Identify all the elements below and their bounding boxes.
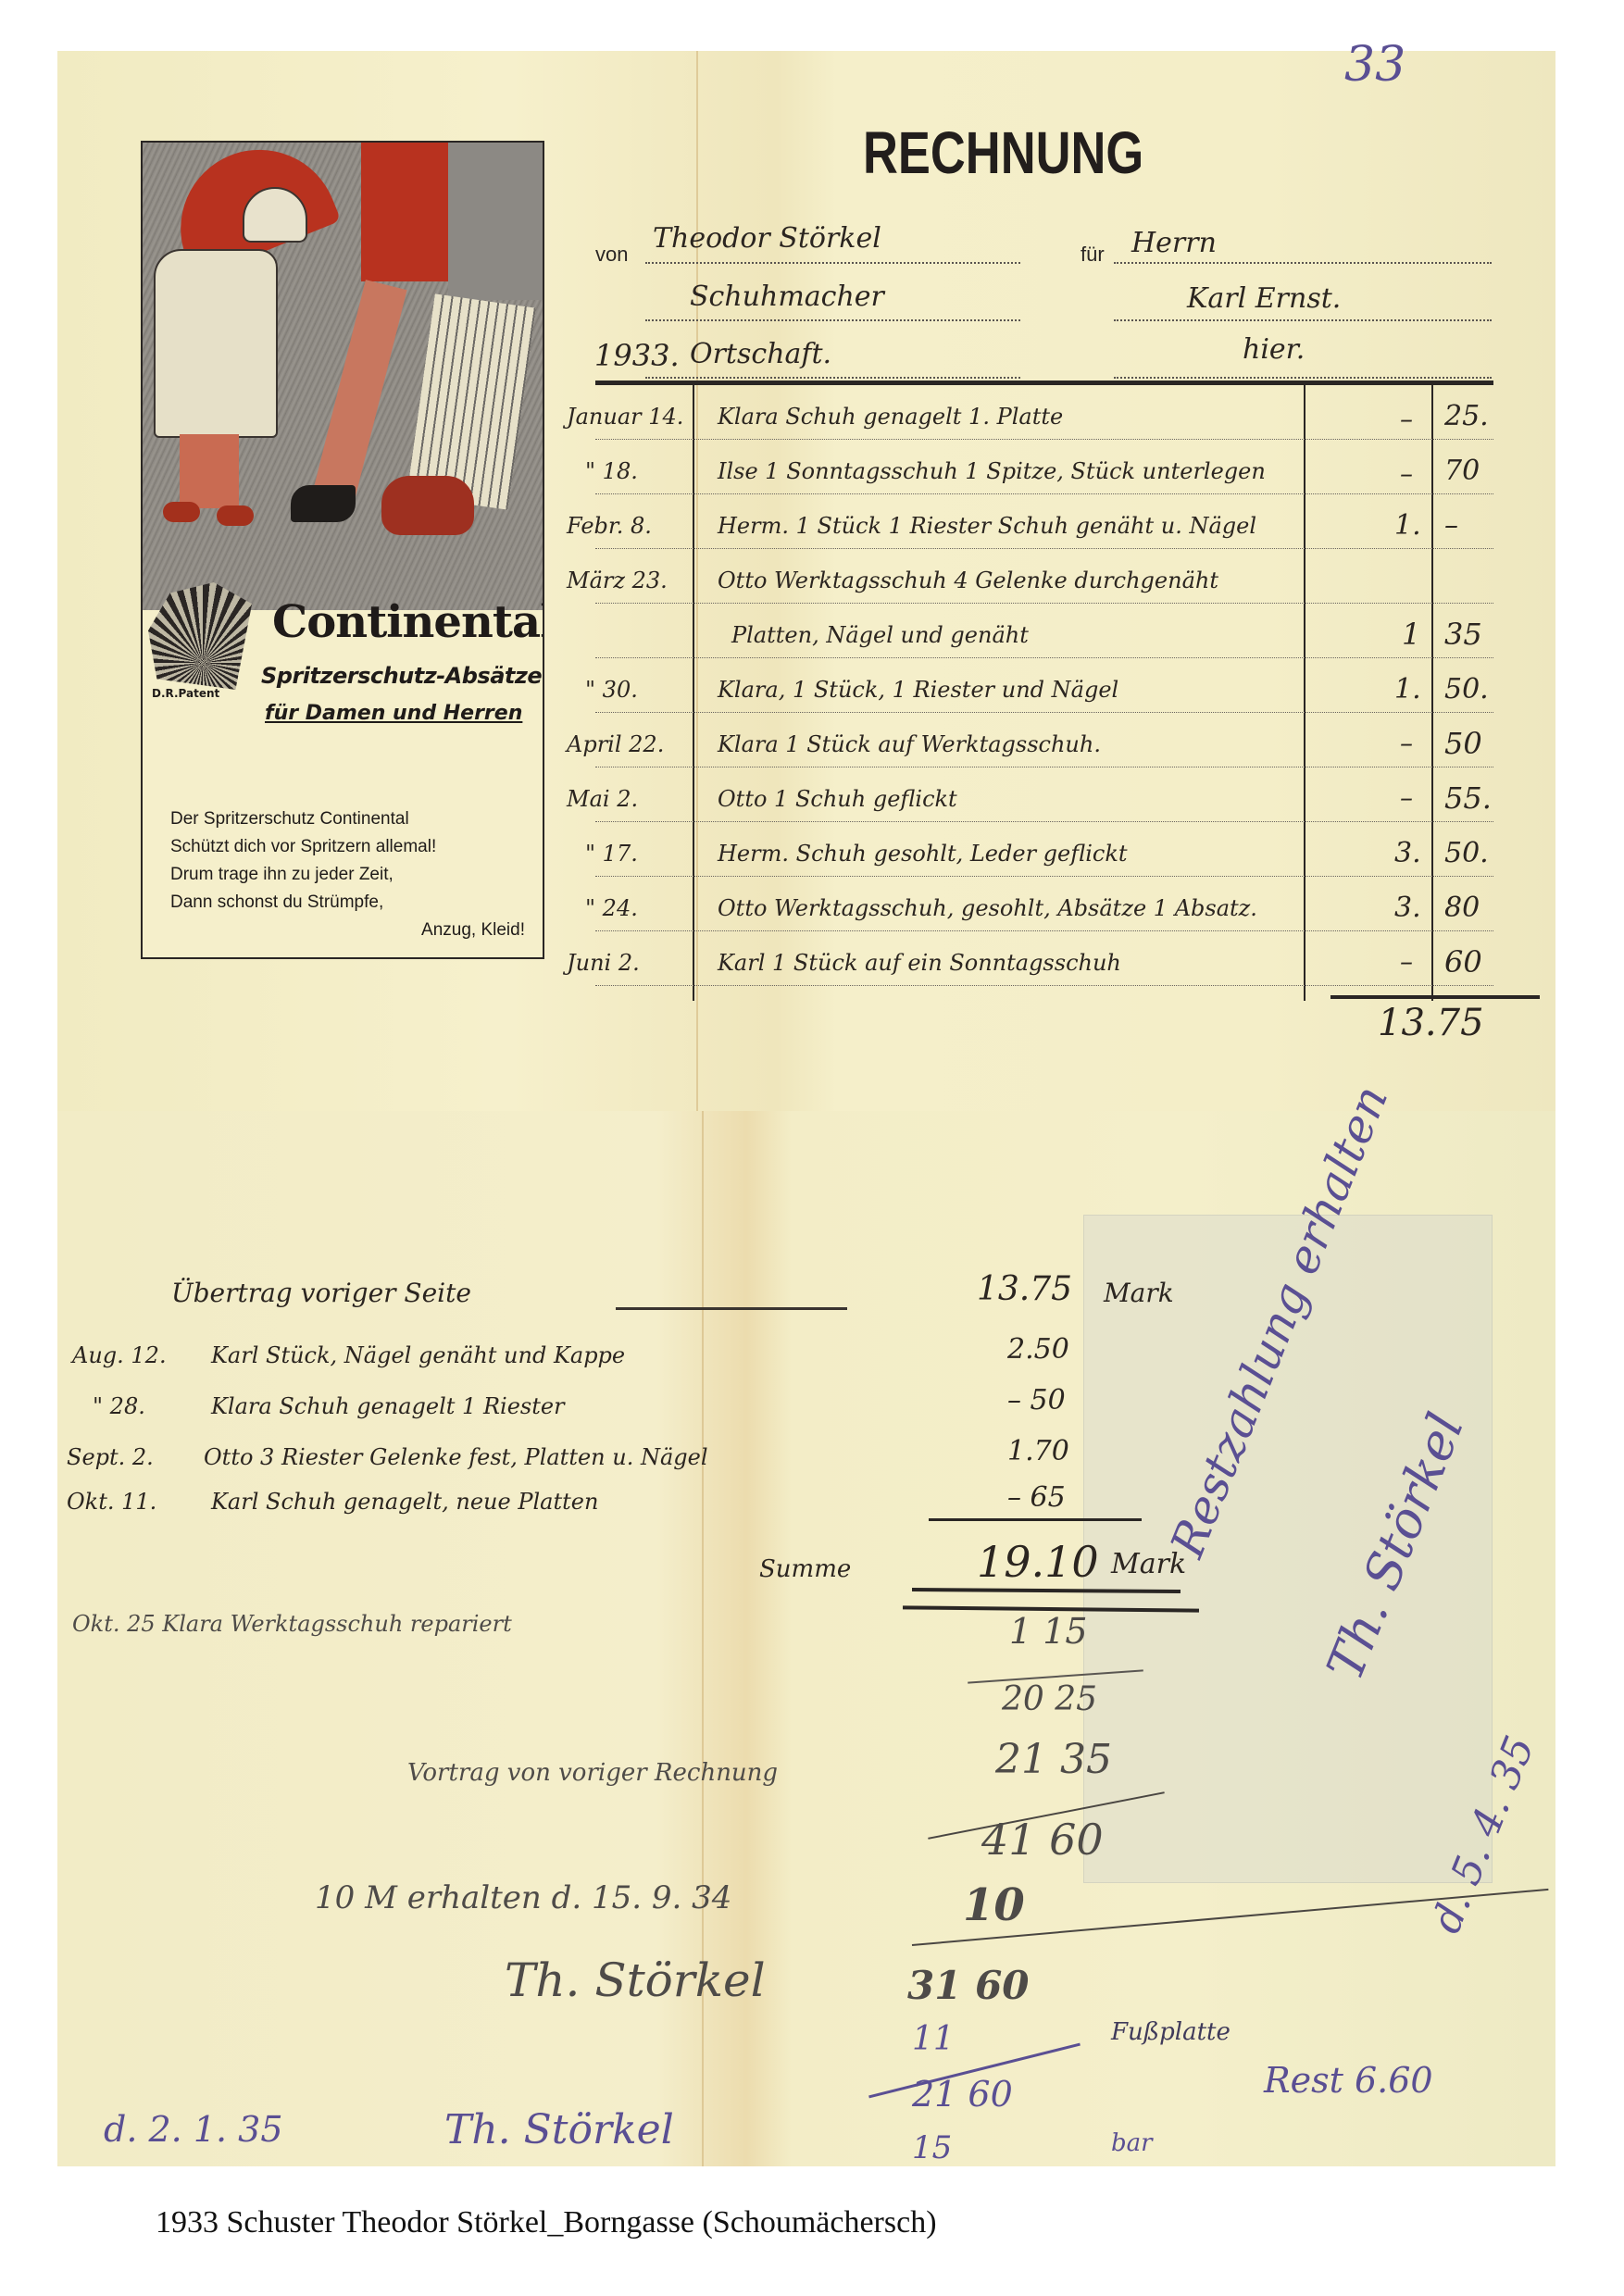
pencil-okt-note: Okt. 25 Klara Werktagsschuh repariert [72,1611,512,1637]
row-rule [595,493,1493,494]
column-divider [1431,385,1433,1001]
row-pfennig: 50 [1444,726,1482,761]
row-mark: 1. [1394,509,1421,542]
row-mark: 3. [1394,837,1421,869]
row-pfennig: 35 [1444,617,1482,652]
row-pfennig: 50. [1444,837,1489,869]
header-rule [595,381,1493,385]
item-date: " 28. [93,1393,145,1419]
paper-fold [702,1111,704,2166]
row-date: Januar 14. [567,404,683,430]
row-mark: 3. [1394,892,1421,924]
carryover-unit: Mark [1104,1278,1174,1308]
woman-leg [309,280,406,515]
pencil-vortrag-label: Vortrag von voriger Rechnung [407,1759,778,1787]
von-label: von [595,243,628,267]
row-date: Febr. 8. [567,513,652,539]
recipient-name: Karl Ernst. [1187,282,1341,315]
paper-fold [696,51,698,1111]
item-amount: – 50 [1007,1384,1066,1416]
row-mark: 1 [1402,617,1420,652]
invoice-title: RECHNUNG [863,119,1143,187]
child-legs [180,434,239,508]
violet-amount-11: 11 [912,2020,955,2058]
row-rule [595,712,1493,713]
row-description: Otto Werktagsschuh 4 Gelenke durchgenäht [718,568,1218,593]
pencil-balance: 31 60 [907,1963,1030,2008]
row-mark: – [1400,728,1413,758]
fuer-label: für [1081,243,1105,267]
row-pfennig: 60 [1444,944,1482,980]
violet-note-left: Fußplatte [1111,2018,1230,2046]
sum-label: Summe [759,1555,851,1583]
pencil-signature: Th. Störkel [505,1953,766,2007]
row-pfennig: 80 [1444,892,1480,924]
sender-place: Ortschaft. [690,338,831,370]
row-description: Klara Schuh genagelt 1. Platte [718,404,1063,430]
high-heel-shoe-icon [291,485,356,522]
row-date: " 30. [585,677,638,703]
shoe-icon [163,502,200,522]
item-date: Okt. 11. [67,1489,156,1515]
carryover-rule [616,1307,847,1310]
row-rule [595,985,1493,986]
row-date: März 23. [567,568,668,593]
carryover-label: Übertrag voriger Seite [171,1278,471,1308]
poem-line: Der Spritzerschutz Continental [170,805,536,833]
product-name: Spritzerschutz-Absätze [261,663,542,689]
recipient-place: hier. [1243,333,1305,366]
row-pfennig: 55. [1444,780,1492,816]
page-number: 33 [1344,37,1405,93]
row-date: " 18. [585,458,638,484]
row-description: Otto Werktagsschuh, gesohlt, Absätze 1 A… [718,895,1257,921]
row-mark: – [1400,404,1413,434]
sender-trade: Schuhmacher [690,281,884,313]
poem-line: Drum trage ihn zu jeder Zeit, [170,861,536,889]
violet-date: d. 2. 1. 35 [104,2109,283,2150]
row-description: Herm. 1 Stück 1 Riester Schuh genäht u. … [718,513,1256,539]
row-pfennig: – [1444,509,1458,542]
pencil-vortrag-amount: 21 35 [995,1736,1112,1783]
dotted-line [1114,319,1492,321]
audience-line: für Damen und Herren [265,702,522,725]
row-mark: – [1400,458,1413,489]
violet-note-word: bar [1111,2129,1153,2157]
row-pfennig: 50. [1444,673,1489,705]
item-date: Aug. 12. [72,1342,167,1368]
item-date: Sept. 2. [67,1444,154,1470]
dotted-line [1114,262,1492,264]
row-description: Ilse 1 Sonntagsschuh 1 Spitze, Stück unt… [718,458,1266,484]
row-pfennig: 70 [1444,455,1480,487]
pencil-okt-amount: 1 15 [1009,1611,1088,1652]
row-rule [595,821,1493,822]
violet-rest: Rest 6.60 [1264,2060,1433,2101]
pencil-received-amount: 10 [963,1879,1025,1931]
item-description: Otto 3 Riester Gelenke fest, Platten u. … [204,1444,708,1470]
item-amount: 2.50 [1007,1333,1069,1366]
image-caption: 1933 Schuster Theodor Störkel_Borngasse … [156,2205,937,2240]
row-date: " 17. [585,841,638,867]
column-divider [693,385,694,1001]
row-date: April 22. [567,731,664,757]
row-description: Karl 1 Stück auf ein Sonntagsschuh [718,950,1121,976]
row-description: Klara, 1 Stück, 1 Riester und Nägel [718,677,1118,703]
row-mark: – [1400,946,1413,977]
child-figure [154,249,278,438]
invoice-total: 13.75 [1378,1002,1484,1044]
item-description: Karl Schuh genagelt, neue Platten [211,1489,598,1515]
patent-label: D.R.Patent [152,687,219,700]
row-date: " 24. [585,895,638,921]
dotted-line [645,319,1020,321]
violet-balance: 21 60 [912,2074,1013,2115]
poem-line: Schützt dich vor Spritzern allemal! [170,833,536,861]
pencil-subtotal-1: 20 25 [1002,1680,1097,1718]
column-divider [1304,385,1305,1001]
recipient-salutation: Herrn [1131,227,1217,259]
invoice-year: 1933. [594,338,680,373]
carryover-amount: 13.75 [977,1270,1072,1308]
row-rule [595,548,1493,549]
row-pfennig: 25. [1444,400,1489,432]
dotted-line [645,377,1020,379]
row-rule [595,930,1493,931]
pencil-subtotal-2: 41 60 [981,1815,1104,1865]
item-description: Karl Stück, Nägel genäht und Kappe [211,1342,625,1368]
row-mark: 1. [1394,673,1421,705]
row-mark: – [1400,782,1413,813]
continental-advertisement: D.R.Patent Continental Spritzerschutz-Ab… [141,141,544,959]
sender-name: Theodor Störkel [653,222,881,255]
dotted-line [1114,377,1492,379]
row-date: Mai 2. [567,786,638,812]
brand-name: Continental [272,596,544,648]
dotted-line [645,262,1020,264]
row-rule [595,876,1493,877]
man-shoe-icon [381,476,474,535]
advertisement-illustration [143,143,543,610]
row-rule [595,657,1493,658]
item-description: Klara Schuh genagelt 1 Riester [211,1393,565,1419]
poem-line: Dann schonst du Strümpfe, [170,889,536,917]
row-rule [595,767,1493,767]
poem-line: Anzug, Kleid! [170,917,536,944]
man-coat [448,143,543,300]
total-rule [1330,995,1540,999]
advertisement-poem: Der Spritzerschutz Continental Schützt d… [170,805,536,944]
shoe-icon [217,505,254,526]
pencil-received-note: 10 M erhalten d. 15. 9. 34 [315,1879,731,1916]
row-description: Platten, Nägel und genäht [731,622,1029,648]
violet-signature: Th. Störkel [444,2106,674,2153]
sum-rule-top [929,1518,1142,1521]
row-description: Klara 1 Stück auf Werktagsschuh. [718,731,1101,757]
row-date: Juni 2. [567,950,640,976]
item-amount: – 65 [1007,1481,1066,1514]
row-rule [595,439,1493,440]
row-description: Herm. Schuh gesohlt, Leder geflickt [718,841,1128,867]
violet-amount-15: 15 [912,2129,952,2166]
item-amount: 1.70 [1007,1435,1069,1467]
row-description: Otto 1 Schuh geflickt [718,786,957,812]
sum-unit: Mark [1111,1548,1186,1580]
row-rule [595,603,1493,604]
sum-amount: 19.10 [977,1537,1099,1587]
